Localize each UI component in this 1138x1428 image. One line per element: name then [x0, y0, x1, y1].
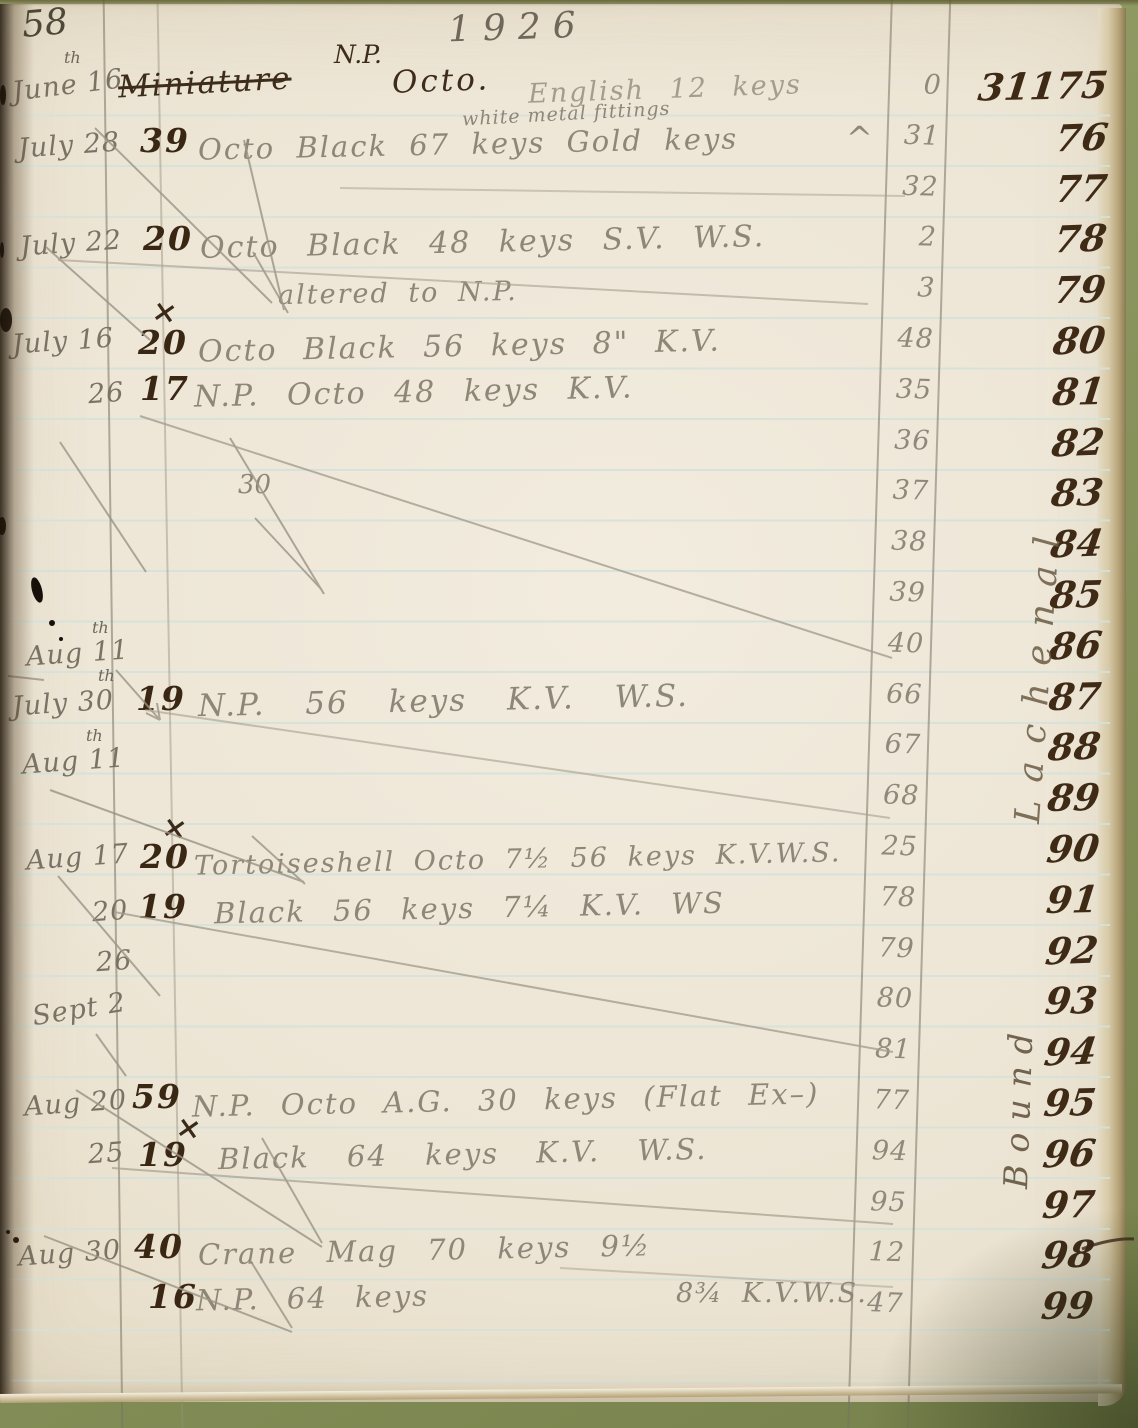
serial-number: 76: [1052, 114, 1110, 160]
year-heading: 1926: [447, 8, 588, 49]
serial-number: 96: [1040, 1130, 1098, 1176]
batch-number: 68: [883, 780, 920, 812]
vertical-note-lower: Bound: [996, 968, 1043, 1189]
entry-qty: 19: [138, 890, 188, 923]
serial-number: 93: [1042, 978, 1099, 1023]
serial-number: 79: [1051, 267, 1108, 312]
serial-number: 77: [1052, 166, 1109, 211]
batch-number: 66: [886, 678, 923, 710]
superscript-correction: N.P.: [334, 42, 382, 67]
entry-date: 20: [91, 897, 129, 926]
binding-gutter-shadow: [0, 4, 34, 1402]
top-page-edge: [0, 0, 1138, 6]
batch-number: 78: [879, 881, 916, 913]
entry-date: Aug 17: [25, 840, 130, 874]
batch-number: 3: [917, 272, 936, 304]
entry-qty: 20: [138, 326, 188, 359]
batch-number: 39: [889, 577, 926, 609]
entry-qty: 19: [136, 682, 186, 715]
entry-qty: 39: [140, 124, 190, 157]
entry-date: Aug 11: [21, 744, 126, 778]
date-ordinal: th: [92, 620, 109, 636]
batch-number: 81: [875, 1033, 912, 1065]
batch-number: 25: [881, 830, 918, 862]
serial-number: 78: [1051, 216, 1109, 262]
serial-number: 31175: [976, 63, 1111, 110]
ruled-lines: [10, 66, 1110, 1388]
entry-date: 25: [87, 1139, 125, 1168]
batch-number: 79: [878, 932, 915, 964]
serial-number: 92: [1042, 927, 1100, 973]
entry-qty: 20: [140, 840, 190, 873]
batch-number: 40: [887, 627, 924, 659]
batch-number: 0: [923, 69, 942, 101]
batch-number: 36: [894, 424, 931, 456]
entry-qty: 59: [132, 1080, 182, 1113]
serial-number: 91: [1044, 877, 1101, 922]
serial-number: 95: [1041, 1080, 1098, 1125]
entry-date: 30: [238, 472, 271, 498]
date-ordinal: th: [64, 50, 81, 66]
date-ordinal: th: [98, 668, 115, 684]
struck-word: Miniature: [117, 63, 292, 103]
entry-qty: 40: [134, 1230, 184, 1263]
serial-number: 94: [1041, 1029, 1099, 1075]
ledger-page: 58 1926 June 16 th Miniature N.P. Octo. …: [0, 0, 1138, 1428]
entry-date: Aug 20: [23, 1086, 128, 1120]
batch-number: 48: [897, 323, 934, 355]
batch-number: 38: [891, 526, 928, 558]
batch-number: 80: [876, 983, 913, 1015]
entry-desc: N.P. Octo 48 keys K.V.: [194, 373, 634, 412]
batch-number: 37: [892, 475, 929, 507]
entry-date: July 22: [19, 226, 123, 260]
entry-date: 26: [87, 379, 125, 408]
serial-number: 89: [1045, 775, 1102, 820]
serial-number: 90: [1044, 826, 1102, 872]
serial-number: 80: [1050, 318, 1108, 364]
batch-number: 35: [895, 373, 932, 405]
batch-number: 77: [873, 1084, 910, 1116]
entry-qty: 17: [140, 372, 190, 405]
batch-number: 31: [903, 120, 940, 152]
entry-desc-ink: Octo.: [391, 64, 490, 98]
batch-number: 67: [884, 729, 921, 761]
entry-qty: 20: [143, 222, 193, 255]
batch-number: 94: [871, 1135, 908, 1167]
date-ordinal: th: [86, 728, 103, 744]
batch-number: 32: [902, 170, 939, 202]
entry-qty: 16: [148, 1280, 198, 1313]
alteration-note: altered to N.P.: [278, 278, 518, 309]
entry-date: 26: [95, 947, 133, 976]
corner-shadow: [858, 1198, 1138, 1428]
entry-qty: 19: [138, 1138, 188, 1171]
entry-desc: N.P. 64 keys: [196, 1282, 429, 1316]
batch-number: 2: [918, 222, 937, 254]
